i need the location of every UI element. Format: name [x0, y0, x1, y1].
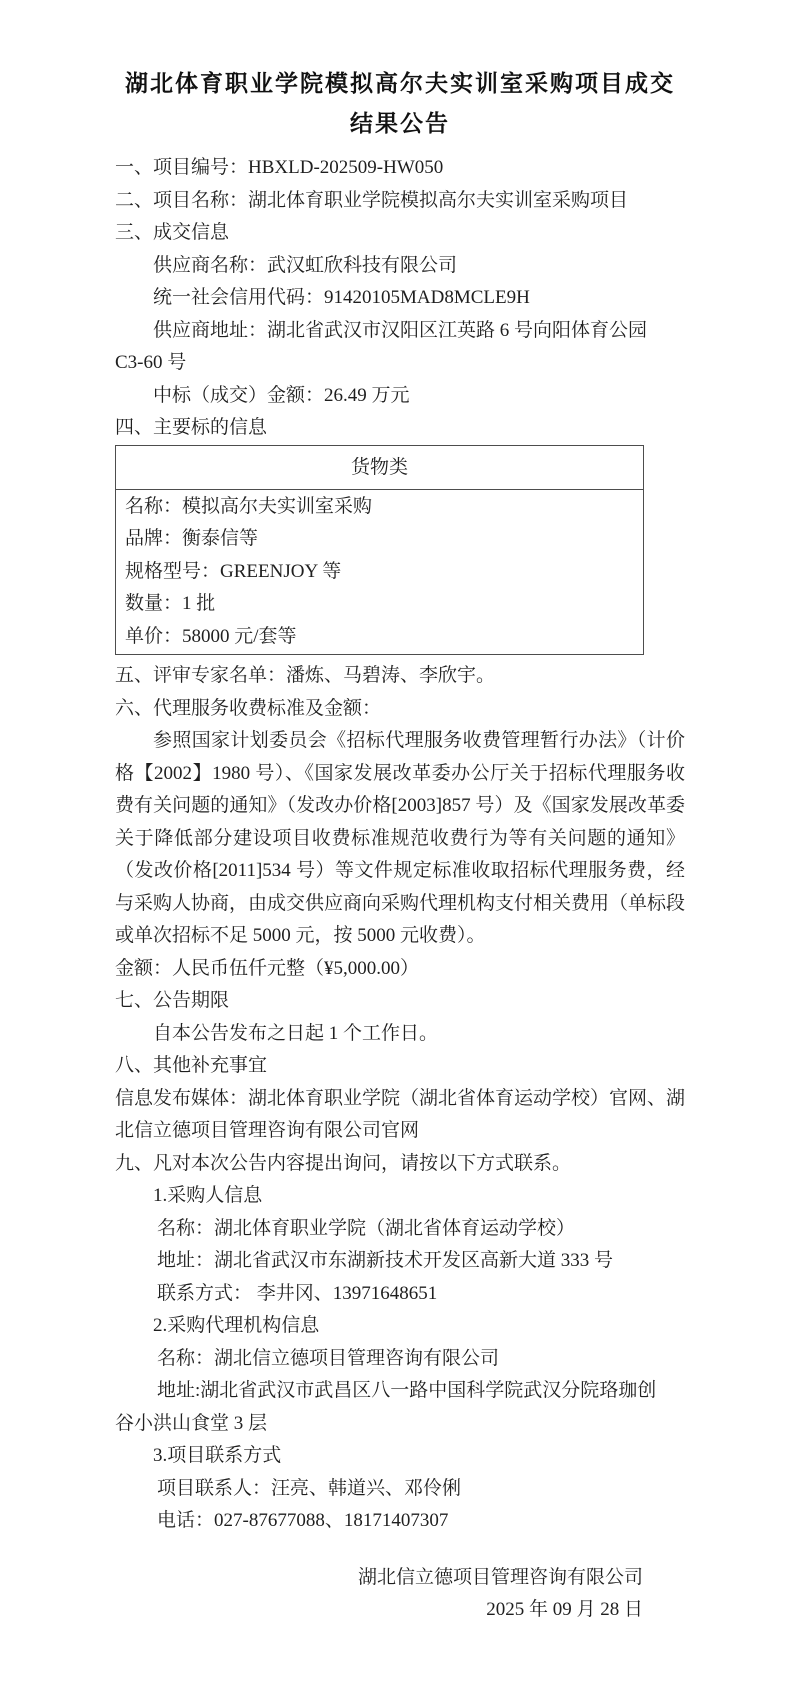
purchaser-contact-line: 联系方式： 李井冈、13971648651	[115, 1278, 685, 1311]
goods-table-header-cell: 货物类	[116, 446, 643, 490]
goods-table-body-cell: 名称：模拟高尔夫实训室采购 品牌：衡泰信等 规格型号：GREENJOY 等 数量…	[116, 490, 643, 655]
media-line-2: 北信立德项目管理咨询有限公司官网	[115, 1115, 685, 1148]
supplier-name-line: 供应商名称：武汉虹欣科技有限公司	[115, 250, 685, 283]
section-5-experts: 五、评审专家名单：潘炼、马碧涛、李欣宇。	[115, 660, 685, 693]
purchaser-address-line: 地址：湖北省武汉市东湖新技术开发区高新大道 333 号	[115, 1245, 685, 1278]
signature-company: 湖北信立德项目管理咨询有限公司	[115, 1562, 643, 1595]
agency-address-line-1: 地址:湖北省武汉市武昌区八一路中国科学院武汉分院珞珈创	[115, 1375, 685, 1408]
purchaser-name-line: 名称：湖北体育职业学院（湖北省体育运动学校）	[115, 1213, 685, 1246]
agency-fee-amount-line: 金额：人民币伍仟元整（¥5,000.00）	[115, 953, 685, 986]
agency-info-heading: 2.采购代理机构信息	[115, 1310, 685, 1343]
section-8-heading: 八、其他补充事宜	[115, 1050, 685, 1083]
signature-date: 2025 年 09 月 28 日	[115, 1594, 643, 1627]
page-title-line-2: 结果公告	[115, 104, 685, 144]
table-row-brand: 品牌：衡泰信等	[125, 523, 637, 556]
announcement-period-body: 自本公告发布之日起 1 个工作日。	[115, 1018, 685, 1051]
table-row-unit-price: 单价：58000 元/套等	[125, 621, 637, 654]
supplier-address-line-2: C3-60 号	[115, 347, 685, 380]
document-page: 湖北体育职业学院模拟高尔夫实训室采购项目成交 结果公告 一、项目编号：HBXLD…	[0, 0, 800, 1686]
section-6-heading: 六、代理服务收费标准及金额：	[115, 693, 685, 726]
agency-address-line-2: 谷小洪山食堂 3 层	[115, 1408, 685, 1441]
goods-table: 货物类 名称：模拟高尔夫实训室采购 品牌：衡泰信等 规格型号：GREENJOY …	[115, 445, 644, 656]
page-title: 湖北体育职业学院模拟高尔夫实训室采购项目成交 结果公告	[115, 64, 685, 144]
project-phone-line: 电话：027-87677088、18171407307	[115, 1505, 685, 1538]
signature-block: 湖北信立德项目管理咨询有限公司 2025 年 09 月 28 日	[115, 1562, 685, 1627]
table-row-quantity: 数量：1 批	[125, 588, 637, 621]
agency-name-line: 名称：湖北信立德项目管理咨询有限公司	[115, 1343, 685, 1376]
section-4-heading: 四、主要标的信息	[115, 412, 685, 445]
media-line-1: 信息发布媒体：湖北体育职业学院（湖北省体育运动学校）官网、湖	[115, 1083, 685, 1116]
section-2-project-name: 二、项目名称：湖北体育职业学院模拟高尔夫实训室采购项目	[115, 185, 685, 218]
supplier-address-line-1: 供应商地址：湖北省武汉市汉阳区江英路 6 号向阳体育公园	[115, 315, 685, 348]
project-contact-heading: 3.项目联系方式	[115, 1440, 685, 1473]
section-1-project-number: 一、项目编号：HBXLD-202509-HW050	[115, 152, 685, 185]
project-contacts-line: 项目联系人：汪亮、韩道兴、邓伶俐	[115, 1473, 685, 1506]
agency-fee-paragraph: 参照国家计划委员会《招标代理服务收费管理暂行办法》（计价格【2002】1980 …	[115, 725, 685, 953]
page-title-line-1: 湖北体育职业学院模拟高尔夫实训室采购项目成交	[115, 64, 685, 104]
document-content: 湖北体育职业学院模拟高尔夫实训室采购项目成交 结果公告 一、项目编号：HBXLD…	[0, 0, 800, 1627]
section-7-heading: 七、公告期限	[115, 985, 685, 1018]
table-row-model: 规格型号：GREENJOY 等	[125, 556, 637, 589]
section-3-heading: 三、成交信息	[115, 217, 685, 250]
table-row-name: 名称：模拟高尔夫实训室采购	[125, 491, 637, 524]
award-amount-line: 中标（成交）金额：26.49 万元	[115, 380, 685, 413]
purchaser-info-heading: 1.采购人信息	[115, 1180, 685, 1213]
credit-code-line: 统一社会信用代码：91420105MAD8MCLE9H	[115, 282, 685, 315]
section-9-heading: 九、凡对本次公告内容提出询问，请按以下方式联系。	[115, 1148, 685, 1181]
